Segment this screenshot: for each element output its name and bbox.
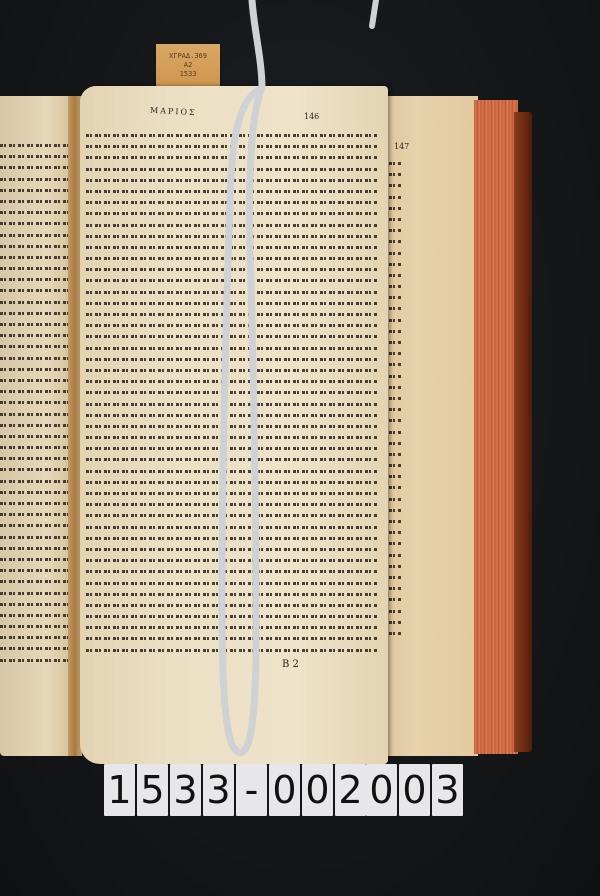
card-strip-identifier: 1 5 3 3 - 0 0 2 — [104, 764, 366, 818]
card-digit: 0 — [302, 764, 333, 816]
card-digit: 3 — [432, 764, 463, 816]
string-bookmark — [0, 0, 600, 896]
card-digit: 0 — [269, 764, 300, 816]
card-digit: 0 — [399, 764, 430, 816]
card-digit: 1 — [104, 764, 135, 816]
card-digit: 0 — [366, 764, 397, 816]
card-digit: 3 — [170, 764, 201, 816]
card-dash: - — [236, 764, 267, 816]
card-strip-sequence: 0 0 3 — [366, 764, 463, 818]
card-digit: 5 — [137, 764, 168, 816]
card-digit: 2 — [335, 764, 366, 816]
card-digit: 3 — [203, 764, 234, 816]
